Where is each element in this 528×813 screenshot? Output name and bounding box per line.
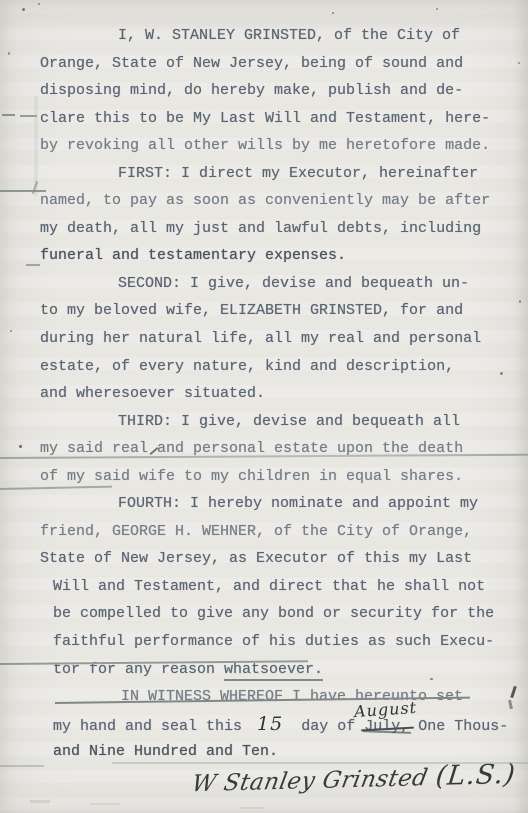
handwritten-month: August: [353, 694, 418, 726]
scan-line: [0, 765, 44, 767]
doc-line: funeral and testamentary expenses.: [40, 242, 528, 270]
doc-line: and wheresoever situated.: [40, 380, 528, 408]
doc-line: Will and Testament, and direct that he s…: [53, 573, 528, 601]
month-correction: July,August: [364, 713, 409, 741]
doc-line: estate, of every nature, kind and descri…: [40, 353, 528, 381]
doc-line: State of New Jersey, as Executor of this…: [40, 545, 528, 573]
signature-name: W Stanley Grinsted: [190, 765, 430, 797]
scan-speck: [8, 52, 10, 55]
doc-line-fourth-clause: FOURTH: I hereby nominate and appoint my: [40, 490, 528, 518]
whatsoever-prefix: tor for any reason: [53, 661, 224, 678]
scan-smudge: [90, 803, 120, 805]
signature-seal-mark: (L.S.): [434, 759, 517, 792]
date-suffix: One Thous-: [409, 718, 508, 735]
scan-speck: [22, 8, 25, 11]
scan-underscore: [26, 264, 40, 266]
scan-speck: [38, 3, 40, 5]
doc-line: disposing mind, do hereby make, publish …: [40, 77, 528, 105]
doc-line: my death, all my just and lawful debts, …: [40, 215, 528, 243]
doc-date-line: my hand and seal this15day of July,Augus…: [53, 711, 528, 739]
scan-streak: [34, 96, 38, 196]
scan-speck: [10, 330, 12, 332]
scan-speck: [19, 445, 22, 448]
doc-line: be compelled to give any bond or securit…: [53, 600, 528, 628]
doc-line: clare this to be My Last Will and Testam…: [40, 105, 528, 133]
doc-line: named, to pay as soon as conveniently ma…: [40, 187, 528, 215]
scan-speck: [332, 12, 334, 14]
whatsoever-underlined-word: whatsoever.: [224, 661, 323, 681]
doc-line: my said real and personal estate upon th…: [40, 435, 528, 463]
doc-line: I, W. STANLEY GRINSTED, of the City of: [40, 22, 528, 50]
doc-line-second-clause: SECOND: I give, devise and bequeath un-: [40, 270, 528, 298]
handwritten-day: 15: [257, 713, 283, 735]
doc-line-witness-clause: IN WITNESS WHEREOF I have hereunto set: [53, 683, 528, 711]
scan-dash: [20, 115, 37, 117]
doc-line: Orange, State of New Jersey, being of so…: [40, 50, 528, 78]
scan-smudge: [240, 807, 264, 809]
doc-line-whatsoever: tor for any reason whatsoever.: [53, 656, 528, 684]
scan-tick: [32, 181, 38, 194]
will-text-body: I, W. STANLEY GRINSTED, of the City of O…: [40, 22, 528, 766]
doc-line: to my beloved wife, ELIZABETH GRINSTED, …: [40, 297, 528, 325]
doc-line: by revoking all other wills by me hereto…: [40, 132, 528, 160]
doc-line: friend, GEORGE H. WEHNER, of the City of…: [40, 518, 528, 546]
date-prefix: my hand and seal this: [53, 718, 242, 735]
doc-line: during her natural life, all my real and…: [40, 325, 528, 353]
scan-dash: [2, 114, 15, 116]
scanned-will-page: I, W. STANLEY GRINSTED, of the City of O…: [0, 0, 528, 813]
doc-line-third-clause: THIRD: I give, devise and bequeath all: [40, 408, 528, 436]
scan-smudge: [30, 800, 50, 803]
doc-line-first-clause: FIRST: I direct my Executor, hereinafter: [40, 160, 528, 188]
doc-line: faithful performance of his duties as su…: [53, 628, 528, 656]
scan-speck: [436, 8, 438, 10]
doc-line: of my said wife to my children in equal …: [40, 463, 528, 491]
